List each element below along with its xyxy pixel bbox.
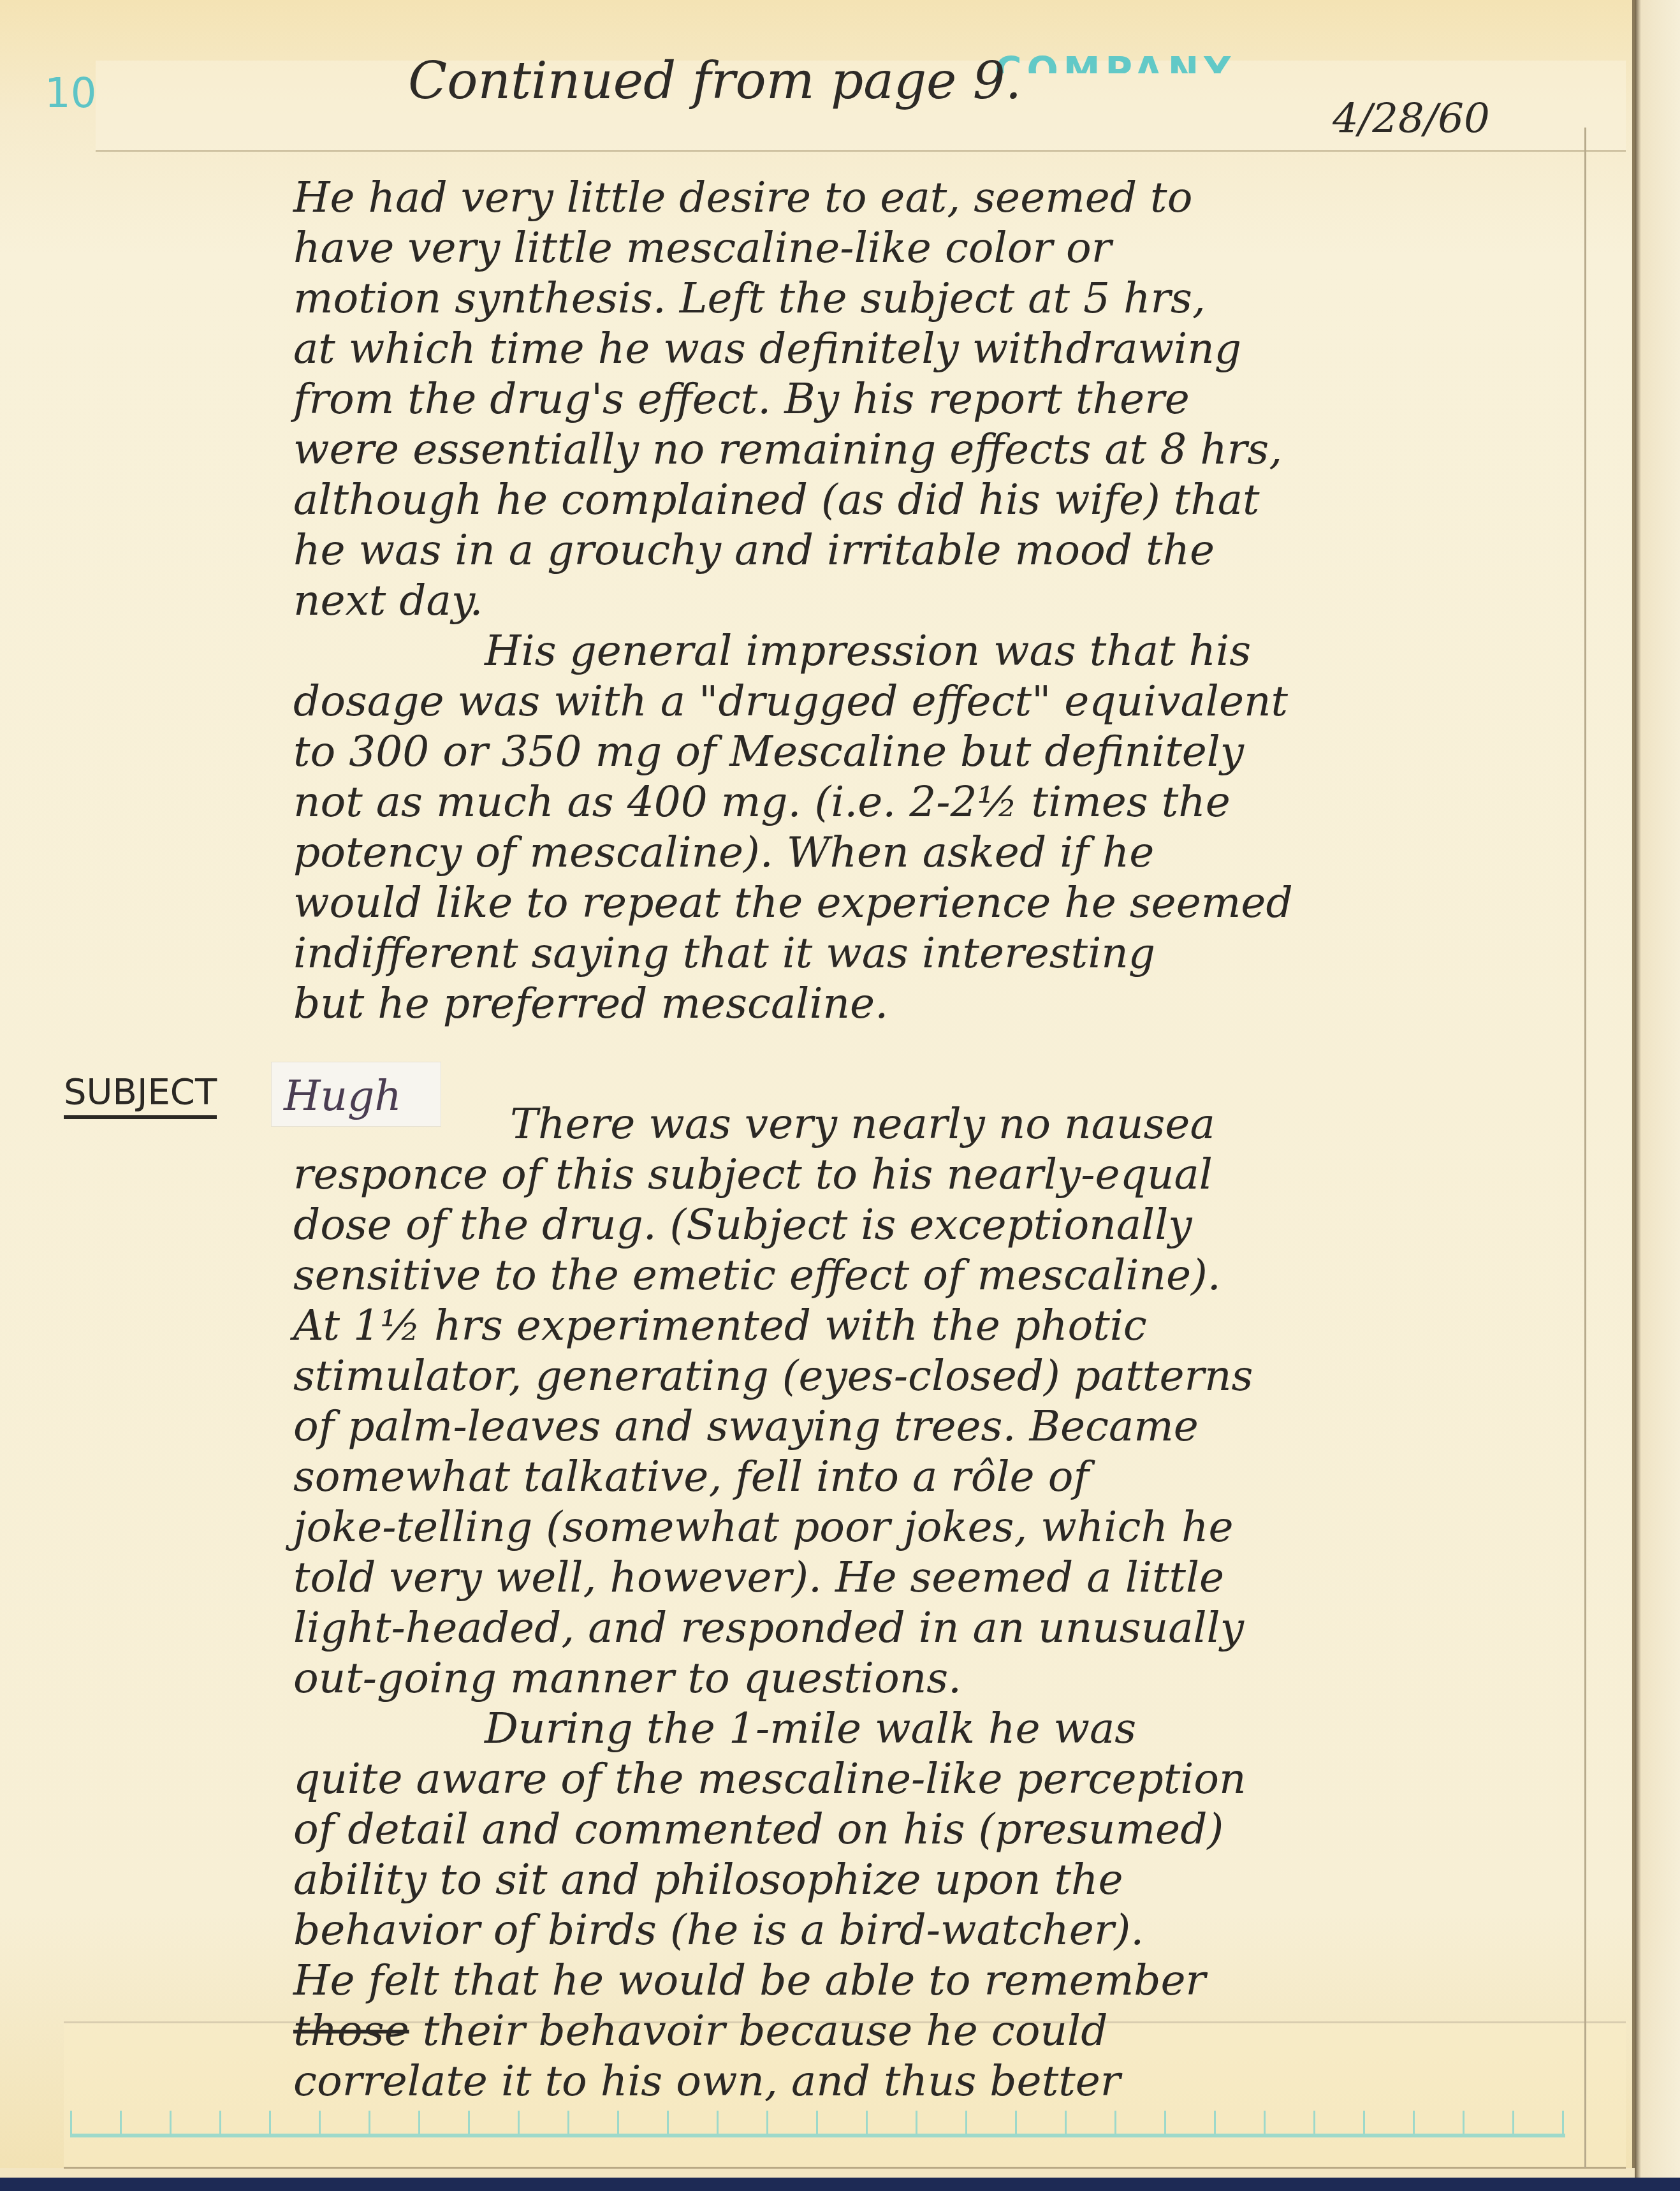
text-line: motion synthesis. Left the subject at 5 … xyxy=(293,273,1600,323)
text-line: those their behavoir because he could xyxy=(293,2005,1600,2056)
text-line: At 1½ hrs experimented with the photic xyxy=(293,1300,1600,1351)
text-line: somewhat talkative, fell into a rôle of xyxy=(293,1451,1600,1502)
text-line: stimulator, generating (eyes-closed) pat… xyxy=(293,1351,1600,1401)
text-line: ability to sit and philosophize upon the xyxy=(293,1854,1600,1905)
text-line: responce of this subject to his nearly-e… xyxy=(293,1149,1600,1199)
text-line: of detail and commented on his (presumed… xyxy=(293,1804,1600,1854)
text-line: He felt that he would be able to remembe… xyxy=(293,1955,1600,2005)
page-edge xyxy=(1635,0,1680,2191)
handwritten-notes: He had very little desire to eat, seemed… xyxy=(293,172,1600,2106)
text-line: next day. xyxy=(293,575,1600,626)
text-line: of palm-leaves and swaying trees. Became xyxy=(293,1401,1600,1451)
text-line: During the 1-mile walk he was xyxy=(293,1703,1600,1754)
text-line: were essentially no remaining effects at… xyxy=(293,424,1600,474)
page-number: 10 xyxy=(45,70,96,117)
struck-word: those xyxy=(293,2006,409,2055)
subject-label: SUBJECT xyxy=(64,1071,217,1119)
text-line: from the drug's effect. By his report th… xyxy=(293,374,1600,424)
text-line: sensitive to the emetic effect of mescal… xyxy=(293,1250,1600,1300)
text-line: dose of the drug. (Subject is exceptiona… xyxy=(293,1199,1600,1250)
subject-name: Hugh xyxy=(284,1071,402,1120)
text-line: he was in a grouchy and irritable mood t… xyxy=(293,525,1600,575)
text-line: He had very little desire to eat, seemed… xyxy=(293,172,1600,223)
text-fragment: their behavoir because he could xyxy=(423,2006,1108,2055)
text-line: although he complained (as did his wife)… xyxy=(293,474,1600,525)
text-line: at which time he was definitely withdraw… xyxy=(293,323,1600,374)
background-cover xyxy=(0,2178,1680,2191)
printed-scale-ruler xyxy=(70,2111,1565,2137)
text-line: light-headed, and responded in an unusua… xyxy=(293,1602,1600,1653)
entry-date: 4/28/60 xyxy=(1333,96,1490,143)
text-line: out-going manner to questions. xyxy=(293,1653,1600,1703)
text-line: His general impression was that his xyxy=(293,626,1600,676)
text-line: correlate it to his own, and thus better xyxy=(293,2056,1600,2106)
text-line: would like to repeat the experience he s… xyxy=(293,877,1600,928)
printed-company-header: COMPANY xyxy=(995,48,1236,73)
text-line: quite aware of the mescaline-like percep… xyxy=(293,1754,1600,1804)
text-line: to 300 or 350 mg of Mescaline but defini… xyxy=(293,726,1600,777)
text-line: told very well, however). He seemed a li… xyxy=(293,1552,1600,1602)
text-line: dosage was with a "drugged effect" equiv… xyxy=(293,676,1600,726)
continued-note: Continued from page 9. xyxy=(408,51,1021,110)
text-line: potency of mescaline). When asked if he xyxy=(293,827,1600,877)
text-line: but he preferred mescaline. xyxy=(293,978,1600,1029)
text-line: joke-telling (somewhat poor jokes, which… xyxy=(293,1502,1600,1552)
text-line: have very little mescaline-like color or xyxy=(293,223,1600,273)
text-line: not as much as 400 mg. (i.e. 2-2½ times … xyxy=(293,777,1600,827)
text-line: behavior of birds (he is a bird-watcher)… xyxy=(293,1905,1600,1955)
text-line: indifferent saying that it was interesti… xyxy=(293,928,1600,978)
text-line: There was very nearly no nausea xyxy=(293,1099,1600,1149)
